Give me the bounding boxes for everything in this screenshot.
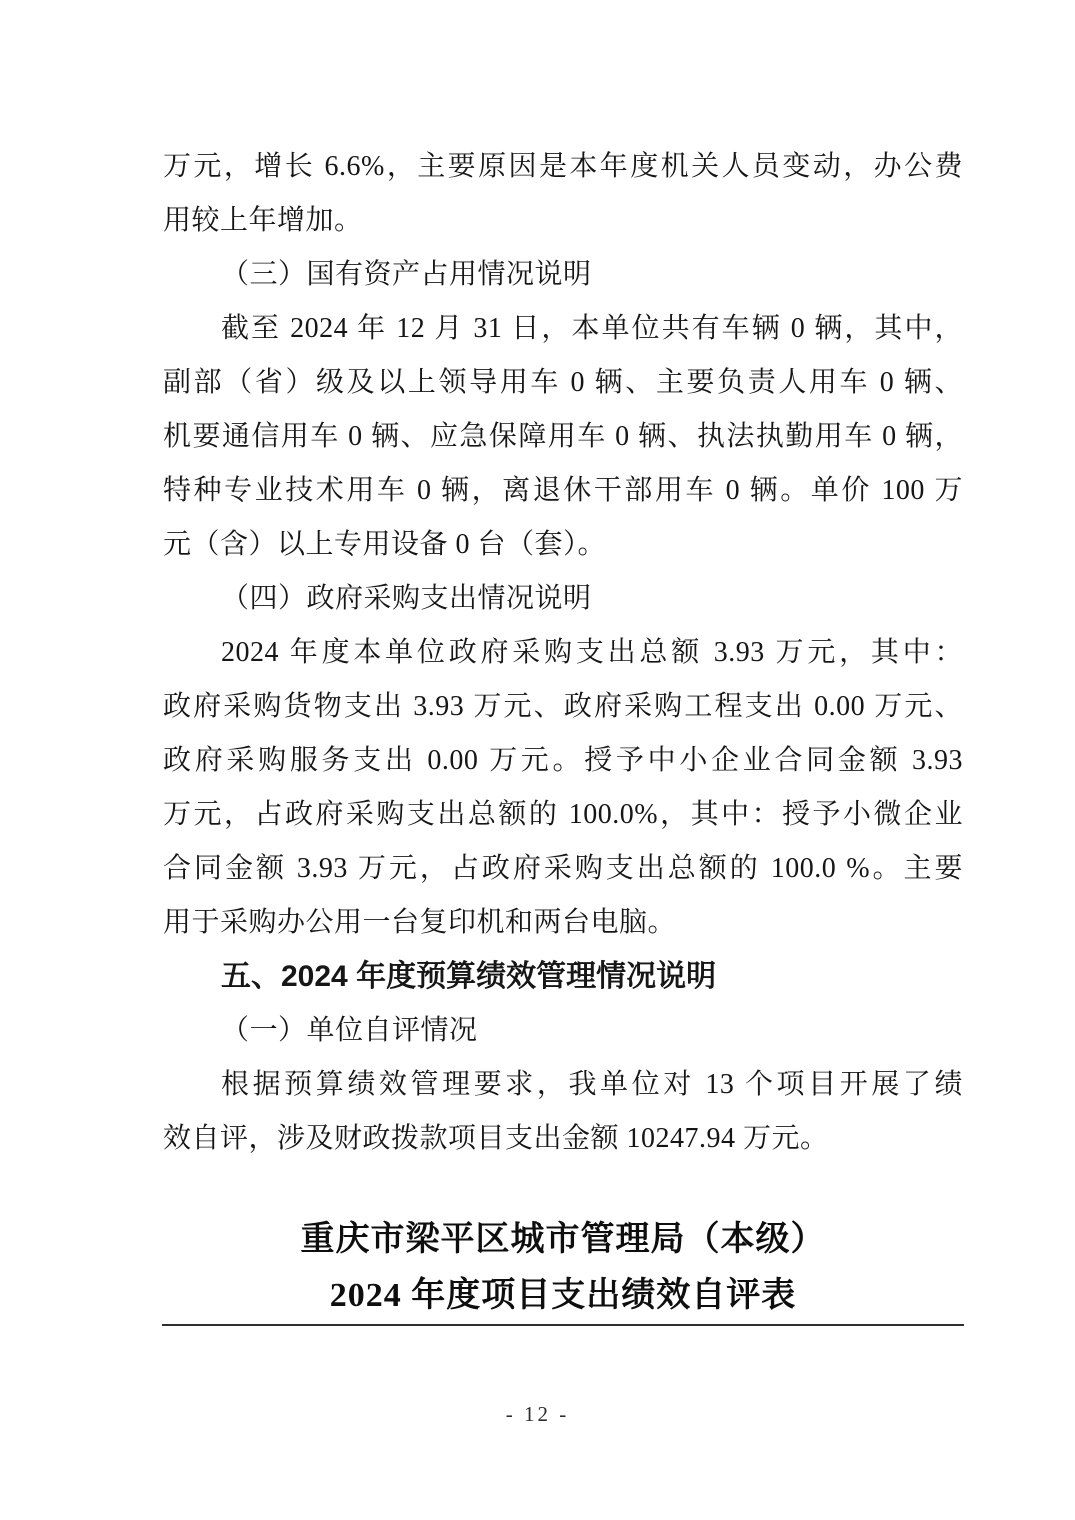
body-line: 机要通信用车 0 辆、应急保障用车 0 辆、执法执勤用车 0 辆，: [163, 410, 963, 464]
page-number: - 12 -: [0, 1402, 1075, 1427]
section-heading: 五、2024 年度预算绩效管理情况说明: [163, 950, 963, 1004]
body-line: 用于采购办公用一台复印机和两台电脑。: [163, 896, 963, 950]
body-line: 特种专业技术用车 0 辆，离退休干部用车 0 辆。单价 100 万: [163, 464, 963, 518]
body-line: 政府采购服务支出 0.00 万元。授予中小企业合同金额 3.93: [163, 734, 963, 788]
table-title-org: 重庆市梁平区城市管理局（本级）: [163, 1212, 963, 1268]
subsection-heading: （四）政府采购支出情况说明: [163, 572, 963, 626]
table-top-border: [162, 1324, 964, 1326]
subsection-heading: （一）单位自评情况: [163, 1004, 963, 1058]
body-line: 万元，占政府采购支出总额的 100.0%，其中：授予小微企业: [163, 788, 963, 842]
body-line: 元（含）以上专用设备 0 台（套）。: [163, 518, 963, 572]
body-line: 2024 年度本单位政府采购支出总额 3.93 万元，其中：: [163, 626, 963, 680]
body-line: 根据预算绩效管理要求，我单位对 13 个项目开展了绩: [163, 1058, 963, 1112]
document-page: 万元，增长 6.6%，主要原因是本年度机关人员变动，办公费 用较上年增加。 （三…: [0, 0, 1075, 1520]
body-line: 副部（省）级及以上领导用车 0 辆、主要负责人用车 0 辆、: [163, 356, 963, 410]
body-line: 万元，增长 6.6%，主要原因是本年度机关人员变动，办公费: [163, 140, 963, 194]
document-body: 万元，增长 6.6%，主要原因是本年度机关人员变动，办公费 用较上年增加。 （三…: [163, 140, 963, 1326]
table-title-name: 2024 年度项目支出绩效自评表: [163, 1268, 963, 1324]
body-line: 用较上年增加。: [163, 194, 963, 248]
body-line: 截至 2024 年 12 月 31 日，本单位共有车辆 0 辆，其中，: [163, 302, 963, 356]
body-line: 合同金额 3.93 万元，占政府采购支出总额的 100.0 %。主要: [163, 842, 963, 896]
body-line: 政府采购货物支出 3.93 万元、政府采购工程支出 0.00 万元、: [163, 680, 963, 734]
body-line: 效自评，涉及财政拨款项目支出金额 10247.94 万元。: [163, 1112, 963, 1166]
table-title-block: 重庆市梁平区城市管理局（本级） 2024 年度项目支出绩效自评表: [163, 1212, 963, 1324]
subsection-heading: （三）国有资产占用情况说明: [163, 248, 963, 302]
